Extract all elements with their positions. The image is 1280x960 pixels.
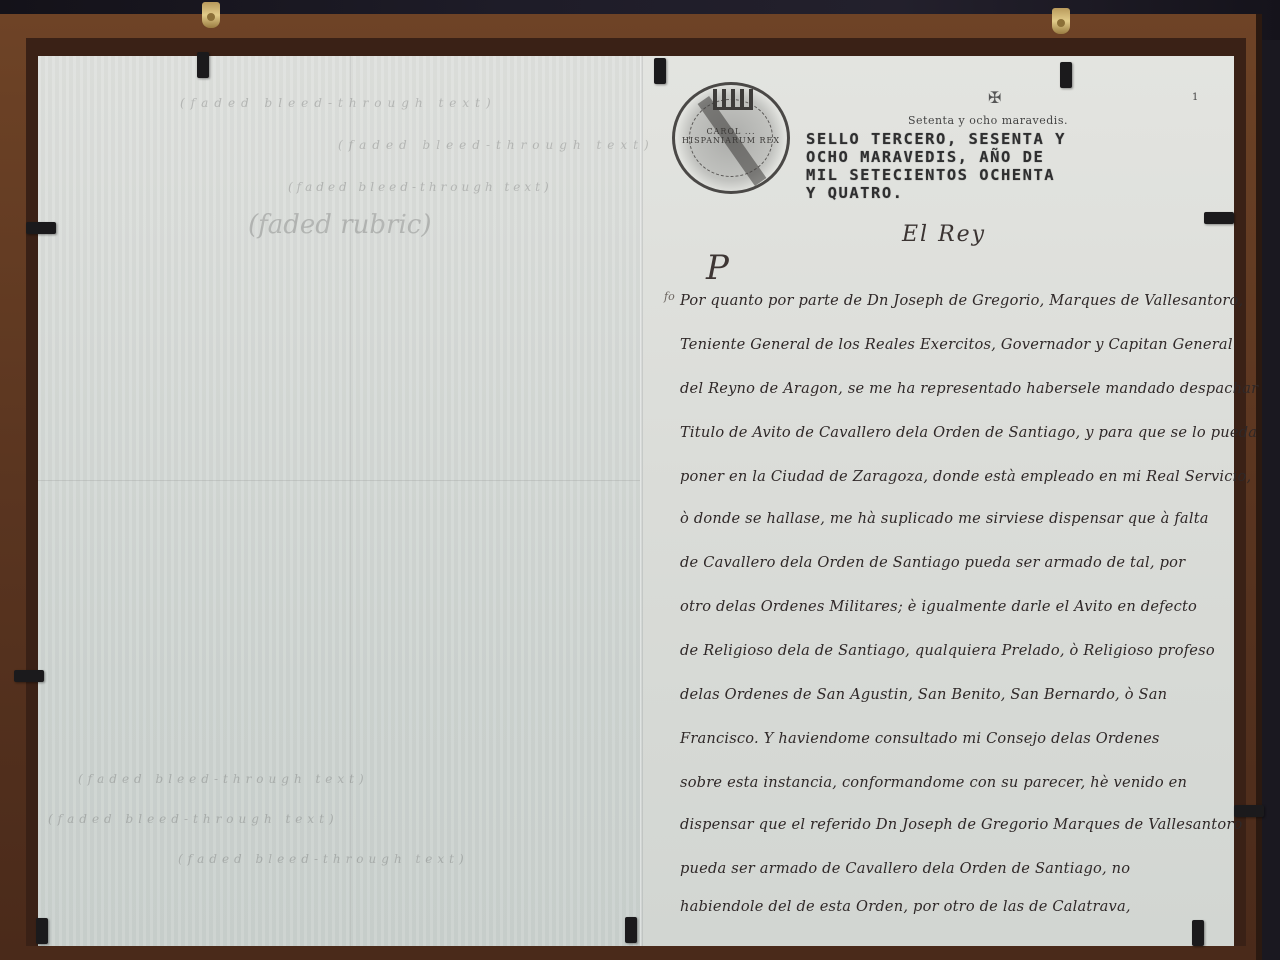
bleedthrough-text: (faded bleed-through text): [288, 180, 553, 194]
bleedthrough-text: (faded bleed-through text): [48, 812, 339, 826]
decree-heading: El Rey: [902, 222, 986, 247]
frame-hanger-left-icon: [202, 2, 220, 28]
body-line: otro delas Ordenes Militares; è igualmen…: [680, 598, 1197, 615]
royal-seal-icon: CAROL ... HISPANIARUM REX: [672, 82, 790, 194]
bleedthrough-text: (faded bleed-through text): [180, 96, 497, 110]
page-number: 1: [1192, 92, 1198, 103]
stamp-line: SELLO TERCERO, SESENTA Y: [806, 130, 1156, 148]
mounting-clip: [625, 917, 637, 943]
mounting-clip: [1192, 920, 1204, 946]
body-line: habiendole del de esta Orden, por otro d…: [680, 898, 1131, 915]
body-line: Por quanto por parte de Dn Joseph de Gre…: [680, 292, 1243, 309]
body-line: delas Ordenes de San Agustin, San Benito…: [680, 686, 1167, 703]
bleedthrough-text: (faded bleed-through text): [178, 852, 469, 866]
body-line: pueda ser armado de Cavallero dela Orden…: [680, 860, 1130, 877]
frame-hanger-right-icon: [1052, 8, 1070, 34]
mounting-clip: [36, 918, 48, 944]
body-line: Teniente General de los Reales Exercitos…: [680, 336, 1233, 353]
fold-line: [38, 480, 640, 481]
bleedthrough-rubric: (faded rubric): [248, 210, 431, 240]
body-line: poner en la Ciudad de Zaragoza, donde es…: [680, 468, 1251, 485]
mounting-clip: [26, 222, 56, 234]
body-line: del Reyno de Aragon, se me ha representa…: [680, 380, 1258, 397]
mounting-clip: [14, 670, 44, 682]
seal-legend: CAROL ... HISPANIARUM REX: [675, 127, 787, 145]
bleedthrough-text: (faded bleed-through text): [338, 138, 655, 152]
stamped-paper-header: SELLO TERCERO, SESENTA Y OCHO MARAVEDIS,…: [806, 130, 1156, 202]
mounting-clip: [1204, 212, 1234, 224]
body-line: ò donde se hallase, me hà suplicado me s…: [680, 510, 1209, 527]
stamp-line: Y QUATRO.: [806, 184, 1156, 202]
bleedthrough-text: (faded bleed-through text): [78, 772, 369, 786]
stamp-price-line: Setenta y ocho maravedis.: [908, 114, 1068, 127]
body-line: de Cavallero dela Orden de Santiago pued…: [680, 554, 1185, 571]
center-fold: [640, 56, 643, 946]
stamp-line: OCHO MARAVEDIS, AÑO DE: [806, 148, 1156, 166]
body-line: sobre esta instancia, conformandome con …: [680, 774, 1187, 791]
body-line: Titulo de Avito de Cavallero dela Orden …: [680, 424, 1257, 441]
crown-icon: [713, 89, 753, 110]
mounting-clip: [654, 58, 666, 84]
mounting-clip: [1060, 62, 1072, 88]
body-line: de Religioso dela de Santiago, qualquier…: [680, 642, 1215, 659]
margin-note: fo: [664, 290, 675, 303]
cross-icon: ✠: [988, 88, 1001, 107]
mounting-clip: [1234, 805, 1264, 817]
initial-flourish: P: [706, 248, 729, 288]
body-line: Francisco. Y haviendome consultado mi Co…: [680, 730, 1160, 747]
body-line: dispensar que el referido Dn Joseph de G…: [680, 816, 1242, 833]
mounting-clip: [197, 52, 209, 78]
stamp-line: MIL SETECIENTOS OCHENTA: [806, 166, 1156, 184]
